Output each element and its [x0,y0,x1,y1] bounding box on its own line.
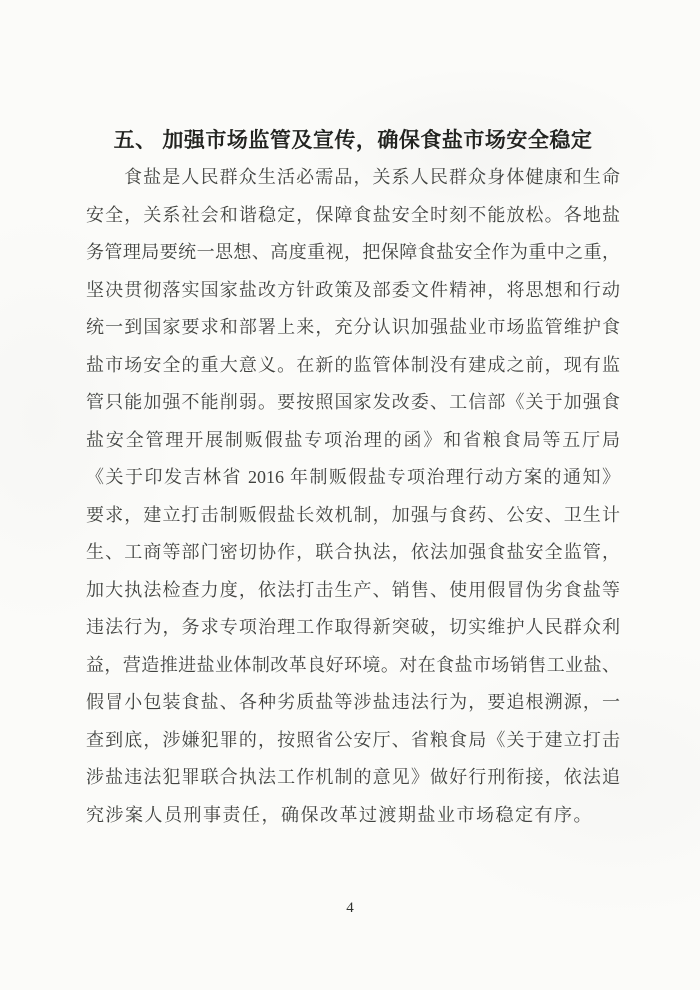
page-number: 4 [0,896,700,920]
paragraph-line: 违法行为，务求专项治理工作取得新突破，切实维护人民群众利 [86,609,620,647]
paragraph-line: 加大执法检查力度，依法打击生产、销售、使用假冒伪劣食盐等 [86,572,620,610]
paragraph-line: 要求，建立打击制贩假盐长效机制，加强与食药、公安、卫生计 [86,497,620,535]
document-page: 五、 加强市场监管及宣传，确保食盐市场安全稳定 食盐是人民群众生活必需品，关系人… [0,0,700,990]
paragraph-line: 假冒小包装食盐、各种劣质盐等涉盐违法行为，要追根溯源，一 [86,684,620,722]
paragraph-line: 《关于印发吉林省 2016 年制贩假盐专项治理行动方案的通知》 [86,459,620,497]
section-heading: 五、 加强市场监管及宣传，确保食盐市场安全稳定 [86,121,620,159]
paragraph-line: 坚决贯彻落实国家盐改方针政策及部委文件精神，将思想和行动 [86,272,620,310]
paragraph-line: 涉盐违法犯罪联合执法工作机制的意见》做好行刑衔接，依法追 [86,759,620,797]
paragraph-line: 盐市场安全的重大意义。在新的监管体制没有建成之前，现有监 [86,347,620,385]
paragraph-line: 究涉案人员刑事责任，确保改革过渡期盐业市场稳定有序。 [86,797,620,835]
paragraph-line: 管只能加强不能削弱。要按照国家发改委、工信部《关于加强食 [86,384,620,422]
paragraph-line: 务管理局要统一思想、高度重视，把保障食盐安全作为重中之重， [86,234,620,272]
paragraph-line: 生、工商等部门密切协作，联合执法，依法加强食盐安全监管， [86,534,620,572]
paragraph: 食盐是人民群众生活必需品，关系人民群众身体健康和生命安全，关系社会和谐稳定，保障… [86,159,620,834]
paragraph-line: 食盐是人民群众生活必需品，关系人民群众身体健康和生命 [86,159,620,197]
paragraph-line: 统一到国家要求和部署上来，充分认识加强盐业市场监管维护食 [86,309,620,347]
paragraph-line: 查到底，涉嫌犯罪的，按照省公安厅、省粮食局《关于建立打击 [86,722,620,760]
paragraph-line: 安全，关系社会和谐稳定，保障食盐安全时刻不能放松。各地盐 [86,197,620,235]
paragraph-line: 盐安全管理开展制贩假盐专项治理的函》和省粮食局等五厅局 [86,422,620,460]
document-body: 五、 加强市场监管及宣传，确保食盐市场安全稳定 食盐是人民群众生活必需品，关系人… [86,121,620,834]
paragraph-line: 益，营造推进盐业体制改革良好环境。对在食盐市场销售工业盐、 [86,647,620,685]
